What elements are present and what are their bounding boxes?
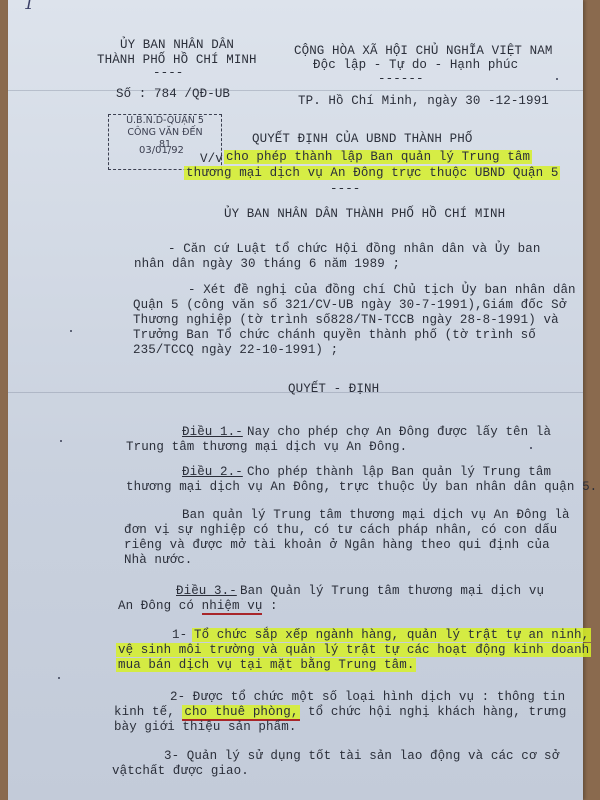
article3-line1: Ban Quản lý Trung tâm thương mại dịch vụ [240, 584, 544, 599]
subject-prefix: V/v [200, 152, 223, 167]
article2-label: Điều 2.- [182, 465, 243, 480]
basis2-line: 235/TCCQ ngày 22-10-1991) ; [133, 343, 338, 358]
national-line2: Độc lập - Tự do - Hạnh phúc [313, 58, 518, 73]
article2-para-line: Ban quản lý Trung tâm thương mại dịch vụ… [182, 508, 570, 523]
page-mark: 1 [24, 0, 34, 13]
issuer-separator: ---- [153, 66, 183, 81]
basis1-line1: - Căn cứ Luật tổ chức Hội đồng nhân dân … [168, 242, 540, 257]
article1-line1: Nay cho phép chợ An Đông được lấy tên là [247, 425, 551, 440]
stamp-date: 03/01/92 [139, 145, 184, 157]
subject-line1: cho phép thành lập Ban quản lý Trung tâm [224, 150, 532, 165]
basis2-line: Quận 5 (công văn số 321/CV-UB ngày 30-7-… [133, 298, 566, 313]
decision-title: QUYẾT ĐỊNH CỦA UBND THÀNH PHỐ [252, 132, 472, 147]
ink-speck [58, 677, 60, 679]
authority: ỦY BAN NHÂN DÂN THÀNH PHỐ HỒ CHÍ MINH [224, 207, 505, 222]
ink-speck [556, 78, 558, 80]
article2-para-line: Nhà nước. [124, 553, 192, 568]
subject-separator: ---- [330, 182, 360, 197]
subject-line2: thương mại dịch vụ An Đông trực thuộc UB… [184, 166, 560, 181]
duty1-num: 1- [172, 628, 187, 643]
stamp-line1: U.B.N.D-QUẬN 5 [109, 115, 221, 127]
issuer-line1: ỦY BAN NHÂN DÂN [120, 38, 234, 53]
paper-fold [8, 90, 583, 91]
duty1-line3: mua bán dịch vụ tại mặt bằng Trung tâm. [116, 658, 416, 673]
ink-speck [530, 447, 532, 449]
duty1-line1: Tổ chức sắp xếp ngành hàng, quản lý trật… [192, 628, 591, 643]
stamp-line2: CÔNG VĂN ĐẾN [109, 127, 221, 139]
article2-line2: thương mại dịch vụ An Đông, trực thuộc Ủ… [126, 480, 597, 495]
ink-speck [70, 330, 72, 332]
document-number: Số : 784 /QĐ-UB [116, 87, 230, 102]
article1-line2: Trung tâm thương mại dịch vụ An Đông. [126, 440, 407, 455]
place-date: TP. Hồ Chí Minh, ngày 30 -12-1991 [298, 94, 549, 109]
article3-line2: An Đông có nhiệm vụ : [118, 599, 278, 614]
national-line1: CỘNG HÒA XÃ HỘI CHỦ NGHĨA VIỆT NAM [294, 44, 552, 59]
basis2-line: Trưởng Ban Tổ chức chánh quyền thành phố… [133, 328, 536, 343]
article2-line1: Cho phép thành lập Ban quản lý Trung tâm [247, 465, 551, 480]
duty2-line3: bày giới thiệu sản phẩm. [114, 720, 296, 735]
decision-heading: QUYẾT - ĐỊNH [288, 382, 379, 397]
article3-label: Điều 3.- [176, 584, 237, 599]
basis1-line2: nhân dân ngày 30 tháng 6 năm 1989 ; [134, 257, 400, 272]
duty2-line1: 2- Được tổ chức một số loại hình dịch vụ… [170, 690, 565, 705]
article2-para-line: riêng và được mở tài khoản ở Ngân hàng t… [124, 538, 550, 553]
basis2-line: Thương nghiệp (tờ trình số828/TN-TCCB ng… [133, 313, 559, 328]
document-page [8, 0, 583, 800]
article1-label: Điều 1.- [182, 425, 243, 440]
duty3-line1: 3- Quản lý sử dụng tốt tài sản lao động … [164, 749, 559, 764]
national-separator: ------ [378, 72, 424, 87]
article2-para-line: đơn vị sự nghiệp có thu, có tư cách pháp… [124, 523, 557, 538]
ink-speck [60, 440, 62, 442]
basis2-line: - Xét đề nghị của đồng chí Chủ tịch Ủy b… [188, 283, 576, 298]
duty3-line2: vậtchất được giao. [112, 764, 249, 779]
duty1-line2: vệ sinh môi trường và quản lý trật tự cá… [116, 643, 591, 658]
duty2-line2: kinh tế, cho thuê phòng, tổ chức hội ngh… [114, 705, 567, 720]
